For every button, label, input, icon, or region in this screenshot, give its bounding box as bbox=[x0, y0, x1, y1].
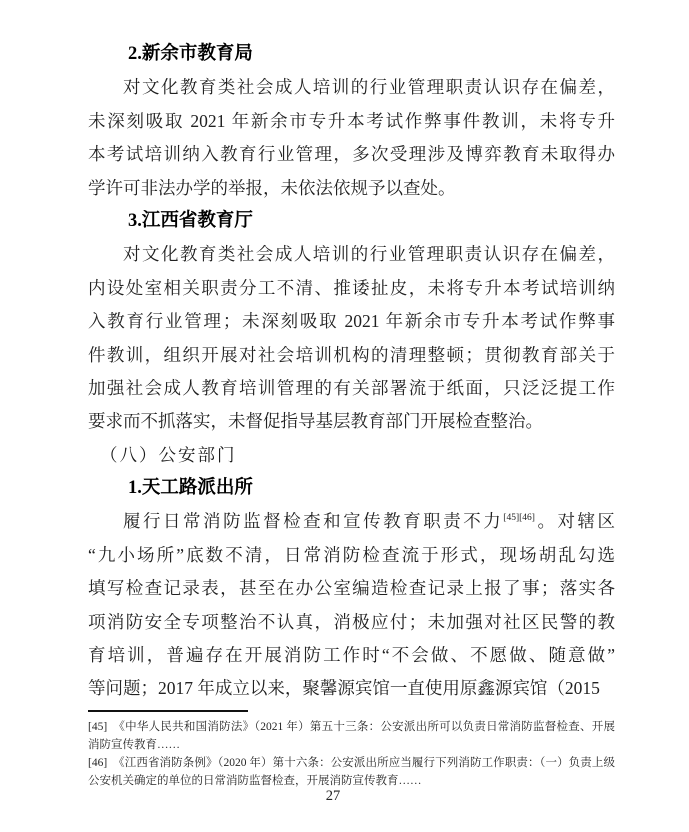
paragraph-line: 件教训，组织开展对社会培训机构的清理整顿；贯彻教育部关于 bbox=[88, 339, 615, 372]
paragraph-line: 对文化教育类社会成人培训的行业管理职责认识存在偏差， bbox=[88, 71, 615, 104]
section-heading-jiangxi-education-dept: 3.江西省教育厅 bbox=[88, 205, 615, 238]
footnote-45: [45] 《中华人民共和国消防法》（2021 年）第五十三条：公安派出所可以负责… bbox=[88, 718, 615, 754]
paragraph-line: 学许可非法办学的举报，未依法依规予以查处。 bbox=[88, 172, 615, 205]
paragraph-line: 内设处室相关职责分工不清、推诿扯皮，未将专升本考试培训纳 bbox=[88, 272, 615, 305]
paragraph-text: 履行日常消防监督检查和宣传教育职责不力 bbox=[123, 511, 503, 531]
paragraph-line: 入教育行业管理；未深刻吸取 2021 年新余市专升本考试作弊事 bbox=[88, 305, 615, 338]
paragraph-text: 。对辖区 bbox=[535, 511, 615, 531]
page-number: 27 bbox=[0, 788, 666, 805]
paragraph-line: 填写检查记录表，甚至在办公室编造检查记录上报了事；落实各 bbox=[88, 572, 615, 605]
subsection-heading-public-security: （八）公安部门 bbox=[88, 439, 615, 472]
footnote-reference-marks: [45][46] bbox=[503, 514, 535, 524]
footnote-46: [46] 《江西省消防条例》（2020 年）第十六条：公安派出所应当履行下列消防… bbox=[88, 754, 615, 790]
document-body: 2.新余市教育局 对文化教育类社会成人培训的行业管理职责认识存在偏差， 未深刻吸… bbox=[88, 38, 615, 706]
paragraph-line: “九小场所”底数不清，日常消防检查流于形式，现场胡乱勾选 bbox=[88, 539, 615, 572]
document-page: 2.新余市教育局 对文化教育类社会成人培训的行业管理职责认识存在偏差， 未深刻吸… bbox=[0, 0, 689, 832]
paragraph-line: 要求而不抓落实，未督促指导基层教育部门开展检查整治。 bbox=[88, 405, 615, 438]
paragraph-line: 项消防安全专项整治不认真，消极应付；未加强对社区民警的教 bbox=[88, 606, 615, 639]
paragraph-line: 育培训，普遍存在开展消防工作时“不会做、不愿做、随意做” bbox=[88, 639, 615, 672]
section-heading-tiangong-road-police-station: 1.天工路派出所 bbox=[88, 472, 615, 505]
paragraph-line: 加强社会成人教育培训管理的有关部署流于纸面，只泛泛提工作 bbox=[88, 372, 615, 405]
paragraph-line-with-footnote-refs: 履行日常消防监督检查和宣传教育职责不力[45][46]。对辖区 bbox=[88, 505, 615, 538]
paragraph-line: 未深刻吸取 2021 年新余市专升本考试作弊事件教训，未将专升 bbox=[88, 105, 615, 138]
paragraph-line: 本考试培训纳入教育行业管理，多次受理涉及博弈教育未取得办 bbox=[88, 138, 615, 171]
paragraph-line: 等问题；2017 年成立以来，聚馨源宾馆一直使用原鑫源宾馆（2015 bbox=[88, 672, 615, 705]
paragraph-line: 对文化教育类社会成人培训的行业管理职责认识存在偏差， bbox=[88, 238, 615, 271]
section-heading-xinyu-education-bureau: 2.新余市教育局 bbox=[88, 38, 615, 71]
footnotes-area: [45] 《中华人民共和国消防法》（2021 年）第五十三条：公安派出所可以负责… bbox=[88, 710, 615, 790]
footnote-separator bbox=[88, 710, 248, 712]
